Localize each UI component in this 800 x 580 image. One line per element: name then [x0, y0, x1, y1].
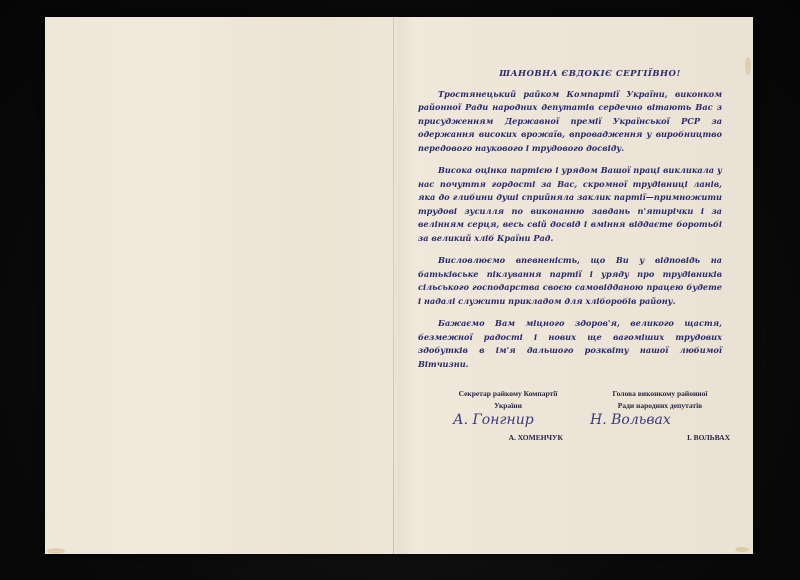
paragraph-wishes: Бажаємо Вам міцного здоров'я, великого щ…: [418, 317, 722, 371]
signatory-title-line2: України: [453, 400, 563, 412]
signatory-title-line1: Секретар райкому Компартії: [453, 388, 563, 400]
handwritten-signature: А. Гонгнир: [453, 414, 563, 432]
center-fold-line: [393, 17, 394, 554]
letter-body: ШАНОВНА ЄВДОКІЄ СЕРГІЇВНО! Тростянецький…: [418, 68, 722, 380]
signatory-party-secretary: Секретар райкому Компартії України А. Го…: [453, 388, 563, 444]
paragraph-confidence: Висловлюємо впевненість, що Ви у відпові…: [418, 254, 722, 308]
paper-stain: [47, 548, 65, 554]
signatory-title-line1: Голова виконкому районної: [590, 388, 730, 400]
signatory-name: І. ВОЛЬВАХ: [590, 432, 730, 444]
signatory-executive-head: Голова виконкому районної Ради народних …: [590, 388, 730, 444]
paper-stain: [745, 57, 751, 75]
handwritten-signature: Н. Вольвах: [590, 414, 730, 432]
letter-greeting: ШАНОВНА ЄВДОКІЄ СЕРГІЇВНО!: [458, 68, 722, 82]
paragraph-congratulation: Тростянецький райком Компартії України, …: [418, 88, 722, 156]
paper-stain: [735, 547, 749, 552]
paragraph-appreciation: Висока оцінка партією і урядом Вашої пра…: [418, 164, 722, 245]
signatory-title-line2: Ради народних депутатів: [590, 400, 730, 412]
signatory-name: А. ХОМЕНЧУК: [453, 432, 563, 444]
